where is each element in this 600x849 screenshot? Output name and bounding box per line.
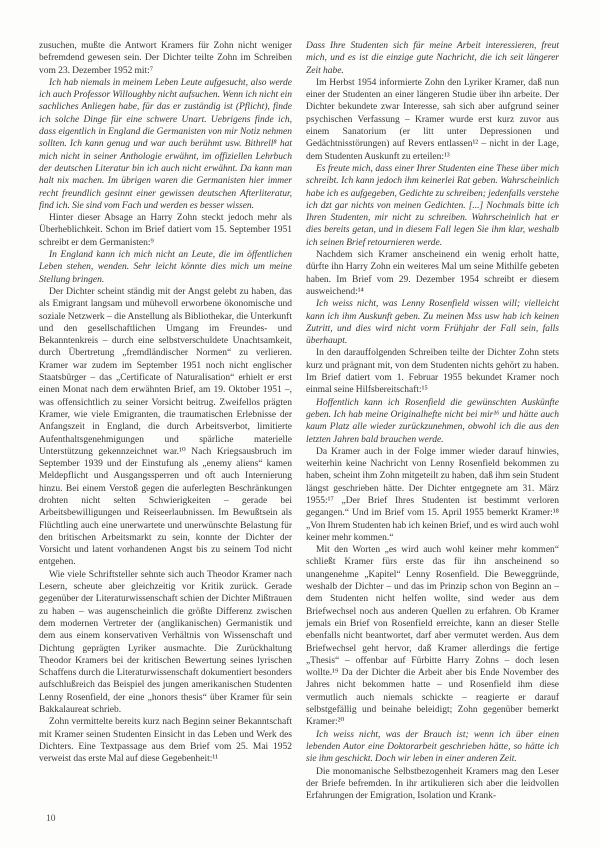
body-paragraph: Zohn vermittelte bereits kurz nach Begin… bbox=[39, 716, 292, 765]
letter-quote-paragraph: Es freute mich, dass einer Ihrer Student… bbox=[306, 163, 559, 249]
body-paragraph: Mit den Worten „es wird auch wohl keiner… bbox=[306, 544, 559, 728]
right-column: Dass Ihre Studenten sich für meine Arbei… bbox=[306, 40, 559, 802]
text-columns: zusuchen, mußte die Antwort Kramers für … bbox=[39, 40, 566, 802]
body-paragraph: Da Kramer auch in der Folge immer wieder… bbox=[306, 446, 559, 544]
letter-quote-paragraph-continuation: Dass Ihre Studenten sich für meine Arbei… bbox=[306, 40, 559, 77]
body-paragraph-continuation: zusuchen, mußte die Antwort Kramers für … bbox=[39, 40, 292, 77]
body-paragraph: Im Herbst 1954 informierte Zohn den Lyri… bbox=[306, 77, 559, 163]
page-number: 10 bbox=[46, 814, 56, 824]
left-column: zusuchen, mußte die Antwort Kramers für … bbox=[39, 40, 292, 802]
body-paragraph: Wie viele Schriftsteller sehnte sich auc… bbox=[39, 569, 292, 717]
letter-quote-paragraph: In England kann ich mich nicht an Leute,… bbox=[39, 249, 292, 286]
body-paragraph: Nachdem sich Kramer anscheinend ein weni… bbox=[306, 249, 559, 298]
body-paragraph: Hinter dieser Absage an Harry Zohn steck… bbox=[39, 212, 292, 249]
document-page: zusuchen, mußte die Antwort Kramers für … bbox=[0, 0, 600, 849]
letter-quote-paragraph: Ich weiss nicht, was Lenny Rosenfield wi… bbox=[306, 298, 559, 347]
letter-quote-paragraph: Ich hab niemals in meinem Leben Leute au… bbox=[39, 77, 292, 212]
body-paragraph: Der Dichter scheint ständig mit der Angs… bbox=[39, 286, 292, 569]
body-paragraph: In den darauffolgenden Schreiben teilte … bbox=[306, 347, 559, 396]
letter-quote-paragraph: Hoffentlich kann ich Rosenfield die gewü… bbox=[306, 397, 559, 446]
letter-quote-paragraph: Ich weiss nicht, was der Brauch ist; wen… bbox=[306, 729, 559, 766]
body-paragraph: Die monomanische Selbstbezogenheit Krame… bbox=[306, 766, 559, 803]
